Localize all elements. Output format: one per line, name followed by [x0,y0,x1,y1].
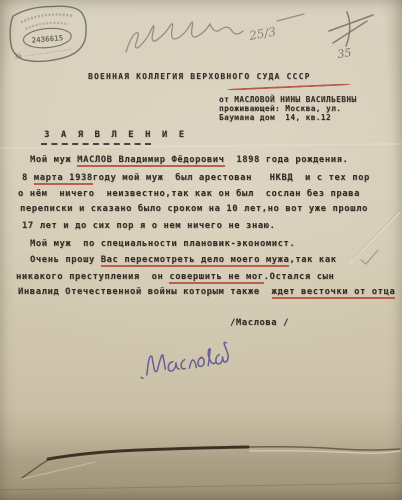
body-line-9: Инвалид Отечественной войны которым такж… [18,287,395,298]
red-underlined-text: ждет весточки от отца [272,287,396,299]
body-line-1: Мой муж МАСЛОВ Владимир Фёдорович 1898 г… [30,155,348,166]
check-mark-icon [361,250,378,264]
red-underlined-text: МАСЛОВ Владимир Фёдорович [77,155,224,167]
crossed-mark-icon [329,12,373,46]
pencil-scribble-icon [126,14,304,52]
body-text: никакого преступления он [16,272,169,282]
stamp-no-label: № [14,51,22,61]
body-text: Инвалид Отечественной войны которым такж… [18,287,272,297]
statement-heading: З А Я В Л Е Н И Е [44,130,187,141]
paper-tear [22,447,400,479]
body-text: году мой муж был арестован НКВД и с тех … [93,173,370,183]
body-line-4: переписки и сказано было сроком на 10 ле… [20,204,368,215]
body-line-3: о нём ничего неизвестно,так как он был с… [18,189,360,200]
corner-number: 35 [337,46,353,61]
red-underlined-text: Вас пересмотреть дело моего мужа [101,255,290,267]
body-line-2: 8 марта 1938году мой муж был арестован Н… [22,173,370,184]
page-title: ВОЕННАЯ КОЛЛЕГИЯ ВЕРХОВНОГО СУДА СССР [88,71,311,82]
body-text: Очень прошу [30,255,101,265]
body-text: 8 [22,173,34,183]
body-text: Мой муж [30,155,77,165]
body-line-8: никакого преступления он совершить не мо… [16,272,334,283]
red-underline-title [227,83,351,90]
pencil-date-note: 25/3 [247,24,277,43]
body-line-6: Мой муж по специальности плановик-эконом… [30,239,295,250]
heading-dashed-underline [41,143,151,145]
stamp-number: 2436615 [31,33,63,45]
red-underlined-text: марта 1938 [34,173,93,185]
typed-signature: /Маслова / [230,318,289,329]
body-text: 1898 года рождения. [225,155,349,165]
handwritten-signature [139,342,230,378]
body-text: .Остался сын [264,272,335,282]
registration-stamp-icon: 2436615 № [8,3,89,64]
red-underlined-text: совершить не мог [169,272,263,284]
body-line-5: 17 лет и до сих пор я о нем ничего не зн… [22,221,276,232]
body-line-7: Очень прошу Вас пересмотреть дело моего … [30,255,337,266]
body-text: ,так как [289,255,336,265]
sender-address-line2: Баумана дом 14, кв.12 [219,112,331,123]
scanned-letter-page: ВОЕННАЯ КОЛЛЕГИЯ ВЕРХОВНОГО СУДА СССР от… [0,0,402,500]
